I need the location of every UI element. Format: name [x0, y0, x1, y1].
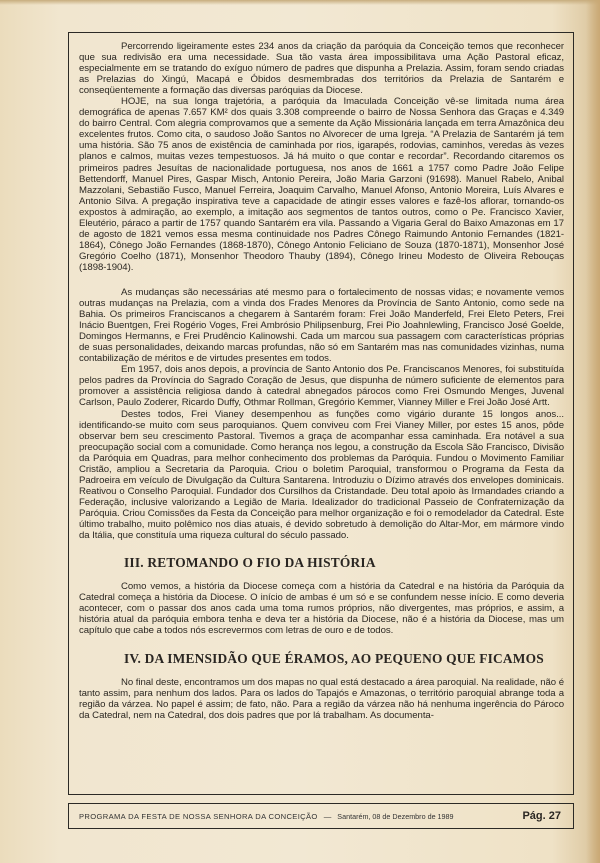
paragraph: Destes todos, Frei Vianey desempenhou as… — [79, 409, 564, 542]
paragraph: HOJE, na sua longa trajetória, a paróqui… — [79, 96, 564, 273]
section-heading-4: IV. DA IMENSIDÃO QUE ÉRAMOS, AO PEQUENO … — [79, 651, 564, 667]
page-top-edge — [0, 0, 600, 5]
paragraph: Percorrendo ligeiramente estes 234 anos … — [79, 41, 564, 96]
footer-publication-title: PROGRAMA DA FESTA DE NOSSA SENHORA DA CO… — [79, 812, 318, 821]
section-heading-3: III. RETOMANDO O FIO DA HISTÓRIA — [79, 555, 564, 571]
footer-separator: — — [324, 812, 332, 821]
page-right-edge — [586, 0, 600, 863]
paragraph: Como vemos, a história da Diocese começa… — [79, 581, 564, 636]
page-number: Pág. 27 — [522, 810, 561, 822]
paragraph: As mudanças são necessárias até mesmo pa… — [79, 287, 564, 364]
paragraph-gap — [79, 273, 564, 287]
paragraph: No final deste, encontramos um dos mapas… — [79, 677, 564, 721]
paragraph: Em 1957, dois anos depois, a província d… — [79, 364, 564, 408]
article-body-frame: Percorrendo ligeiramente estes 234 anos … — [68, 32, 574, 795]
footer-place-date: Santarém, 08 de Dezembro de 1989 — [337, 812, 453, 821]
page-footer: PROGRAMA DA FESTA DE NOSSA SENHORA DA CO… — [68, 803, 574, 829]
